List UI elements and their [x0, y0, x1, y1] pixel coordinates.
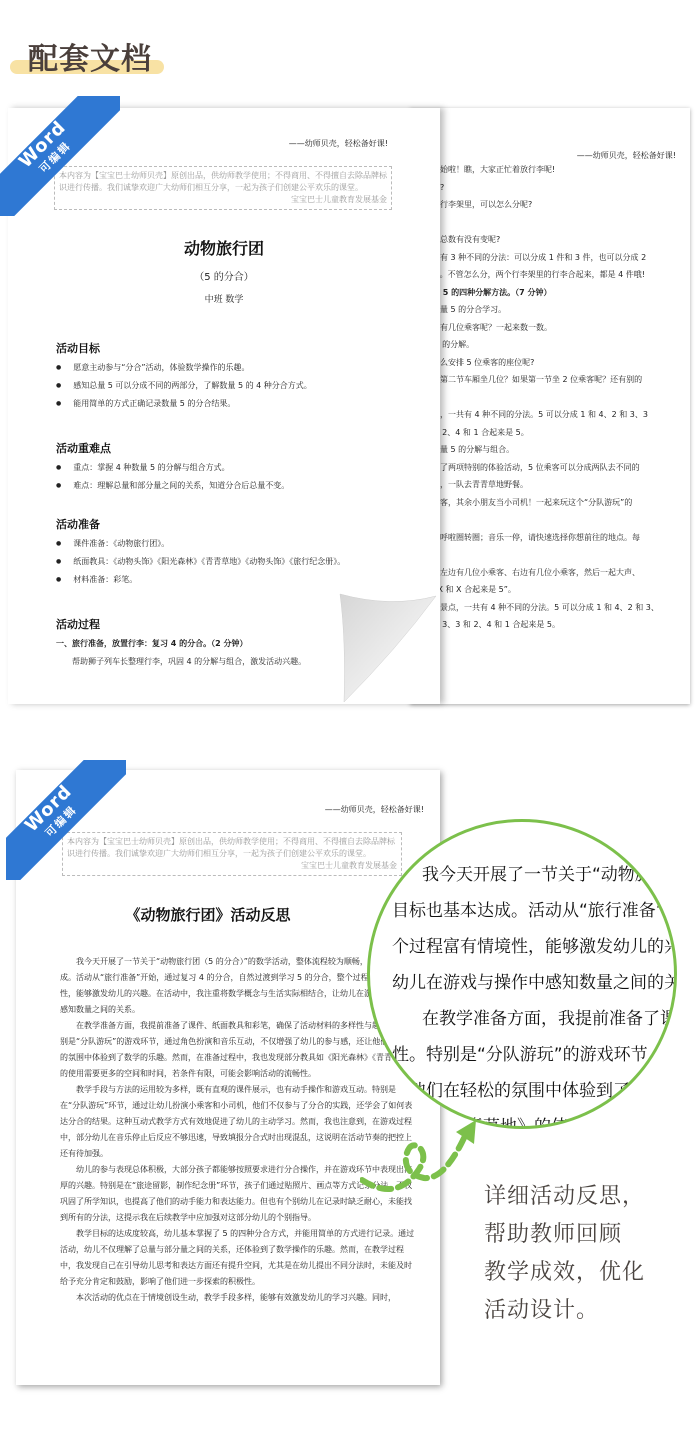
page-2-line: 以怎么安排 5 位乘客的座位呢?	[424, 357, 534, 368]
magnified-line: 幼儿在游戏与操作中感知数量之间的关系。	[392, 968, 677, 993]
magnified-line: 个过程富有情境性，能够激发幼儿的兴趣。	[392, 932, 677, 957]
section-title: 配套文档	[28, 34, 152, 78]
word-editable-badge: Word 可编辑	[0, 96, 120, 216]
process-step-1-detail: 帮助狮子列车长整理行李，巩固 4 的分解与组合，激发活动兴趣。	[72, 656, 306, 667]
callout-line: 详细活动反思，	[484, 1178, 645, 1216]
magnified-line: 在教学准备方面，我提前准备了课件	[422, 1004, 677, 1029]
page-slogan: ——幼师贝壳，轻松备好课!	[325, 804, 424, 815]
page-2-line: 两个行李架里，可以怎么分呢?	[424, 199, 532, 210]
page-2-line: 架，有 3 种不同的分法：可以分成 1 件和 3 件，也可以分成 2	[424, 252, 646, 263]
heading-process: 活动过程	[56, 616, 100, 632]
reflection-paragraph: 教学目标的达成度较高，幼儿基本掌握了 5 的四种分合方式，并能用简单的方式进行记…	[60, 1226, 416, 1290]
magnified-line: 性。特别是“分队游玩”的游戏环节，通	[392, 1040, 677, 1065]
callout-line: 活动设计。	[484, 1292, 645, 1330]
word-editable-badge: Word 可编辑	[6, 760, 126, 880]
page-2-line: 1 件。不管怎么分，两个行李架里的行李合起来，都是 4 件哦!	[424, 269, 645, 280]
page-2-line: 就座，一共有 4 种不同的分法。5 可以分成 1 和 4、2 和 3、3	[424, 409, 648, 420]
prep-item: 课件准备：《动物旅行团》。	[56, 538, 169, 549]
magnified-line: 我今天开展了一节关于“动物旅	[422, 860, 652, 885]
magnified-line: 目标也基本达成。活动从“旅行准备”开	[392, 896, 677, 921]
callout-line: 帮助教师回顾	[484, 1216, 645, 1254]
page-curl	[336, 590, 446, 705]
page-2-line: 数量 5 的四种分解方法。（7 分钟）	[424, 287, 552, 298]
reflection-paragraph: 我今天开展了一节关于“动物旅行团（5 的分合）”的数学活动，整体流程较为顺畅，目…	[60, 954, 416, 1018]
prep-item: 纸面教具：《动物头饰》《阳光森林》《青青草地》《动物头饰》《旅行纪念册》。	[56, 556, 345, 567]
page-slogan: ——幼师贝壳，轻松备好课!	[289, 138, 388, 149]
page-2-line: 小乘客，其余小朋友当小司机！一起来玩这个“分队游玩”的	[424, 497, 632, 508]
page-slogan: ——幼师贝壳，轻松备好课!	[577, 150, 676, 161]
prep-item: 材料准备：彩笔。	[56, 574, 137, 585]
doc-title: 动物旅行团	[8, 236, 440, 259]
key-point-item: 重点：掌握 4 种数量 5 的分解与组合方式。	[56, 462, 230, 473]
heading-key-points: 活动重难点	[56, 440, 111, 456]
page-2-line: 围着呼啦圈转圈；音乐一停，请快速选择你想前往的地点。每	[424, 532, 640, 543]
dashed-arrow-icon	[360, 1110, 490, 1200]
page-2-line: 一共有几位乘客呢？一起来数一数。	[424, 322, 552, 333]
class-subject: 中班 数学	[8, 292, 440, 305]
reflection-paragraph: 在教学准备方面，我提前准备了课件、纸面教具和彩笔，确保了活动材料的多样性与趣味性…	[60, 1018, 416, 1082]
page-2-line: 一数左边有几位小乘客、右边有几位小乘客，然后一起大声、	[424, 567, 640, 578]
reflection-paragraph: 本次活动的优点在于情境创设生动，教学手段多样，能够有效激发幼儿的学习兴趣。同时，	[60, 1290, 416, 1306]
heading-goals: 活动目标	[56, 340, 100, 356]
callout-text: 详细活动反思， 帮助教师回顾 教学成效，优化 活动设计。	[484, 1178, 645, 1330]
section-header: 配套文档	[8, 30, 164, 80]
heading-preparation: 活动准备	[56, 516, 100, 532]
magnified-line: 让他们在轻松的氛围中体验到了数学的	[392, 1076, 677, 1101]
goal-item: 能用简单的方式正确记录数量 5 的分合结果。	[56, 398, 235, 409]
page-2-line: 提供了两项特别的体验活动，5 位乘客可以分成两队去不同的	[424, 462, 640, 473]
lesson-doc-page-2: ——幼师贝壳，轻松备好课! 要开始啦！瞧，大家正忙着放行李呢!行李?两个行李架里…	[410, 108, 690, 704]
page-2-line: 要开始啦！瞧，大家正忙着放行李呢!	[424, 164, 555, 175]
page-2-line: 同的景点，一共有 4 种不同的分法。5 可以分成 1 和 4、2 和 3、	[424, 602, 659, 613]
goal-item: 愿意主动参与“分合”活动，体验数学操作的乐趣。	[56, 362, 250, 373]
callout-line: 教学成效，优化	[484, 1254, 645, 1292]
page-2-line: 客，第二节车厢坐几位？如果第一节坐 2 位乘客呢？还有别的	[424, 374, 642, 385]
doc-subtitle: （5 的分合）	[8, 268, 440, 283]
badge-band: Word 可编辑	[0, 96, 120, 216]
goal-item: 感知总量 5 可以分成不同的两部分，了解数量 5 的 4 种分合方式。	[56, 380, 312, 391]
magnifier-circle: 我今天开展了一节关于“动物旅 目标也基本达成。活动从“旅行准备”开 个过程富有情…	[367, 819, 677, 1129]
key-point-item: 难点：理解总量和部分量之间的关系，知道分合后总量不变。	[56, 480, 289, 491]
badge-band: Word 可编辑	[6, 760, 126, 880]
process-step-1: 一、旅行准备，放置行李：复习 4 的分合。（2 分钟）	[56, 638, 248, 649]
